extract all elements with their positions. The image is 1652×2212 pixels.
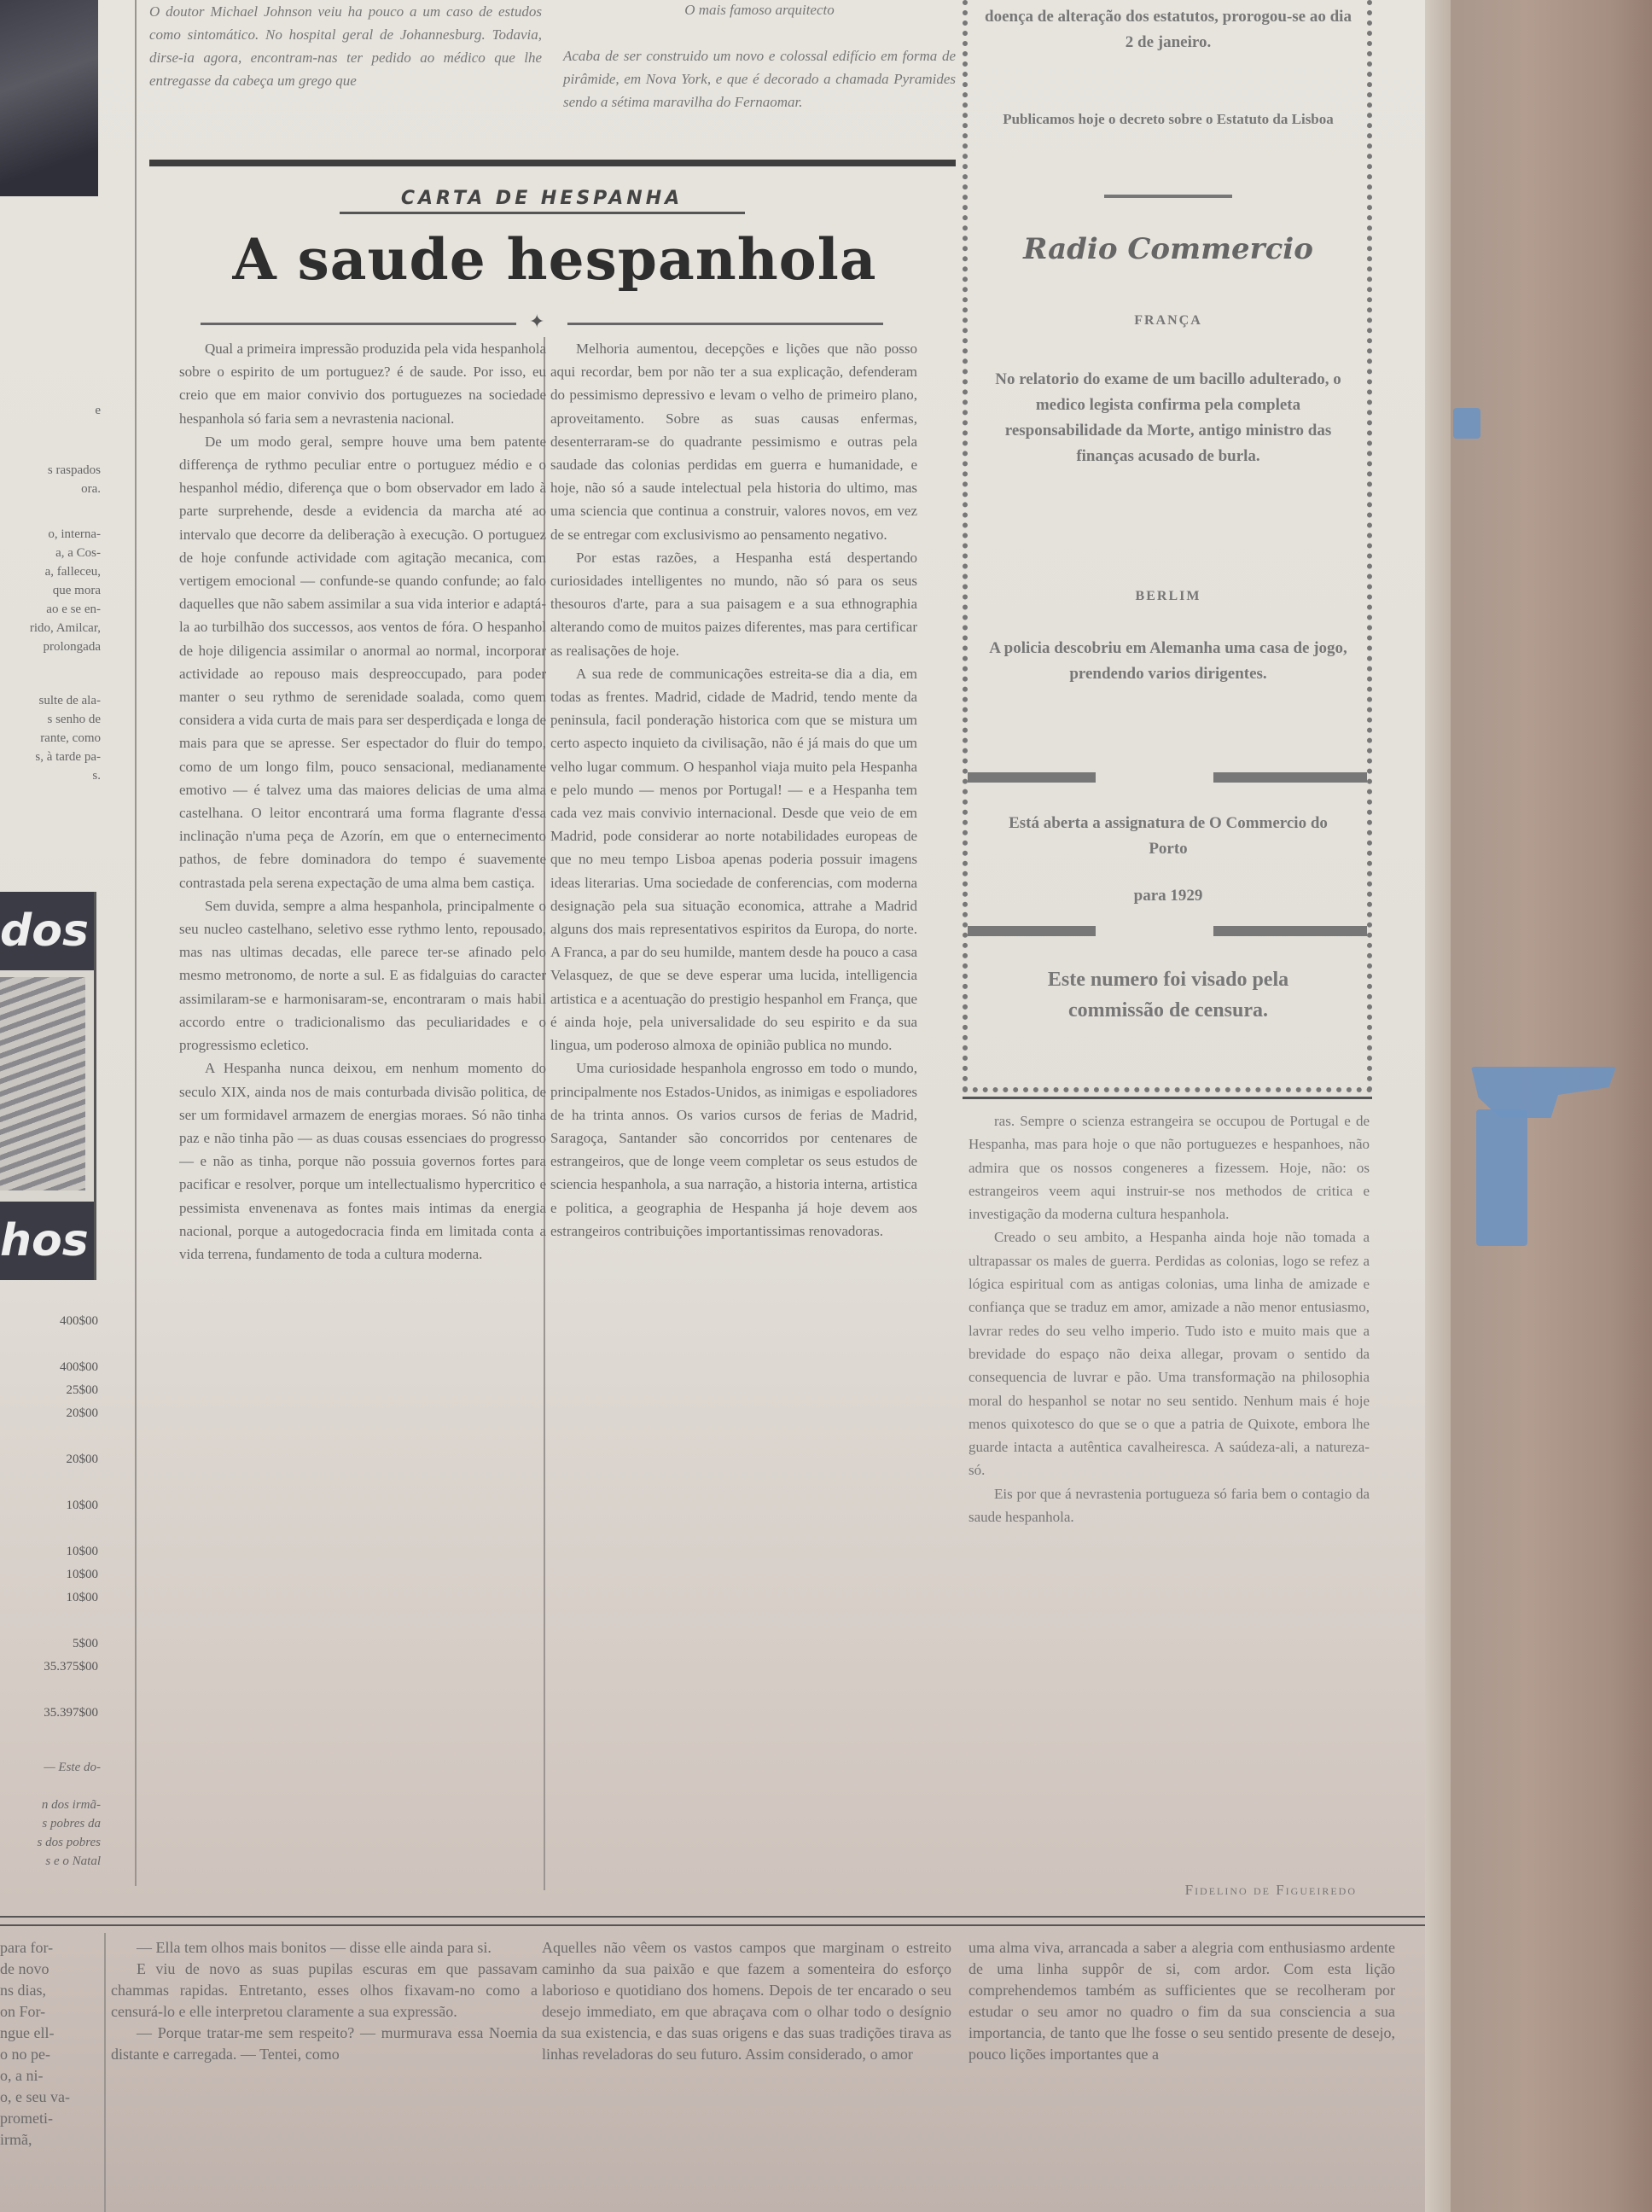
- amount: 35.397$00: [0, 1702, 98, 1725]
- paragraph: Melhoria aumentou, decepções e lições qu…: [550, 337, 917, 546]
- amount: 10$00: [0, 1586, 98, 1610]
- blue-tape-strip: [1476, 1109, 1527, 1246]
- section-rule: [149, 160, 956, 166]
- sidebar-notice: Publicamos hoje o decreto sobre o Estatu…: [985, 107, 1352, 132]
- article-kicker: CARTA DE HESPANHA: [337, 188, 747, 209]
- section-rule: [963, 1097, 1372, 1099]
- amount: [0, 1425, 98, 1448]
- divider: [1104, 195, 1232, 198]
- top-right-heading: O mais famoso arquitecto: [563, 0, 956, 21]
- halftone-photo: [0, 0, 98, 196]
- bottom-column-3: uma alma viva, arrancada a saber a alegr…: [969, 1937, 1395, 2065]
- sidebar-subheading: FRANÇA: [985, 313, 1352, 329]
- news-sidebar-box: doença de alteração dos estatutos, proro…: [963, 0, 1372, 1092]
- newspaper-page: e s raspados ora. o, interna- a, a Cos- …: [0, 0, 1425, 2212]
- top-right-text: Acaba de ser construido um novo e coloss…: [563, 44, 956, 114]
- amount: 10$00: [0, 1494, 98, 1517]
- paragraph: Sem duvida, sempre a alma hespanhola, pr…: [179, 894, 546, 1057]
- column-rule: [104, 1933, 106, 2212]
- left-strip-column: e s raspados ora. o, interna- a, a Cos- …: [0, 0, 107, 1895]
- amount: 25$00: [0, 1379, 98, 1402]
- headline-ornament: ✦: [201, 316, 883, 333]
- bottom-column-2: Aquelles não vêem os vastos campos que m…: [542, 1937, 951, 2065]
- subscription-notice: Está aberta a assignatura de O Commercio…: [998, 811, 1339, 862]
- amount: 20$00: [0, 1448, 98, 1471]
- ad-banner-top: dos: [0, 892, 94, 970]
- section-double-rule: [0, 1916, 1425, 1926]
- amount: 10$00: [0, 1563, 98, 1586]
- amount: 400$00: [0, 1356, 98, 1379]
- article-column-1: Qual a primeira impressão produzida pela…: [179, 337, 546, 1873]
- paragraph: Uma curiosidade hespanhola engrosso em t…: [550, 1057, 917, 1243]
- amount: [0, 1610, 98, 1633]
- top-article-fragment: O doutor Michael Johnson veiu ha pouco a…: [149, 0, 956, 158]
- ad-banner-bottom: hos: [0, 1202, 94, 1280]
- paragraph: E viu de novo as suas pupilas escuras em…: [111, 1959, 538, 2023]
- paragraph: Creado o seu ambito, a Hespanha ainda ho…: [969, 1225, 1370, 1481]
- sidebar-news-item: A policia descobriu em Alemanha uma casa…: [985, 636, 1352, 687]
- divider-bars: [968, 926, 1367, 938]
- paragraph: Eis por que á nevrastenia portugueza só …: [969, 1482, 1370, 1529]
- amount: [0, 1517, 98, 1540]
- paragraph: — Porque tratar-me sem respeito? — murmu…: [111, 2023, 538, 2065]
- sidebar-notice: doença de alteração dos estatutos, proro…: [985, 4, 1352, 55]
- amount: 400$00: [0, 1310, 98, 1333]
- illustrated-ad: dos hos: [0, 892, 96, 1280]
- ornament-icon: ✦: [529, 311, 544, 333]
- strip-snippet: o, interna- a, a Cos- a, falleceu, que m…: [0, 525, 101, 656]
- amount: [0, 1333, 98, 1356]
- paragraph: De um modo geral, sempre houve uma bem p…: [179, 430, 546, 894]
- article-signature: Fidelino de Figueiredo: [1084, 1882, 1357, 1899]
- paragraph: A Hespanha nunca deixou, em nenhum momen…: [179, 1057, 546, 1266]
- sidebar-subheading: BERLIM: [985, 589, 1352, 604]
- amount: 5$00: [0, 1633, 98, 1656]
- sidebar-news-item: No relatorio do exame de um bacillo adul…: [985, 367, 1352, 469]
- bottom-column-1: — Ella tem olhos mais bonitos — disse el…: [111, 1937, 538, 2065]
- subscription-year: para 1929: [985, 883, 1352, 909]
- strip-snippet: — Este do- n dos irmã- s pobres da s dos…: [0, 1758, 101, 1871]
- ad-illustration: [0, 977, 85, 1190]
- amount: 10$00: [0, 1540, 98, 1563]
- censorship-notice: Este numero foi visado pela commissão de…: [1002, 964, 1335, 1026]
- paragraph: Por estas razões, a Hespanha está desper…: [550, 546, 917, 662]
- sidebar-heading: Radio Commercio: [985, 232, 1352, 266]
- article-headline: A saude hespanhola: [162, 226, 947, 293]
- top-left-text: O doutor Michael Johnson veiu ha pouco a…: [149, 0, 542, 92]
- strip-snippet: s raspados ora.: [0, 461, 101, 498]
- article-column-2: Melhoria aumentou, decepções e lições qu…: [550, 337, 917, 1767]
- strip-snippet: e: [0, 401, 101, 420]
- paragraph: ras. Sempre o scienza estrangeira se occ…: [969, 1109, 1370, 1225]
- amount: [0, 1679, 98, 1702]
- paragraph: A sua rede de communicações estreita-se …: [550, 662, 917, 1057]
- column-rule: [135, 0, 137, 1886]
- amount: 35.375$00: [0, 1656, 98, 1679]
- article-column-3: ras. Sempre o scienza estrangeira se occ…: [969, 1109, 1370, 1528]
- kicker-underline: [340, 212, 745, 214]
- amount: [0, 1471, 98, 1494]
- amount: 20$00: [0, 1402, 98, 1425]
- divider-bars: [968, 772, 1367, 784]
- bottom-column-0: para for- de novo ns dias, on For- ngue …: [0, 1937, 98, 2151]
- donation-amounts: 400$00 400$00 25$00 20$00 20$00 10$00 10…: [0, 1310, 98, 1725]
- paragraph: Qual a primeira impressão produzida pela…: [179, 337, 546, 430]
- paragraph: — Ella tem olhos mais bonitos — disse el…: [111, 1937, 538, 1959]
- strip-snippet: sulte de ala- s senho de rante, como s, …: [0, 691, 101, 785]
- blue-tape-small: [1453, 408, 1480, 439]
